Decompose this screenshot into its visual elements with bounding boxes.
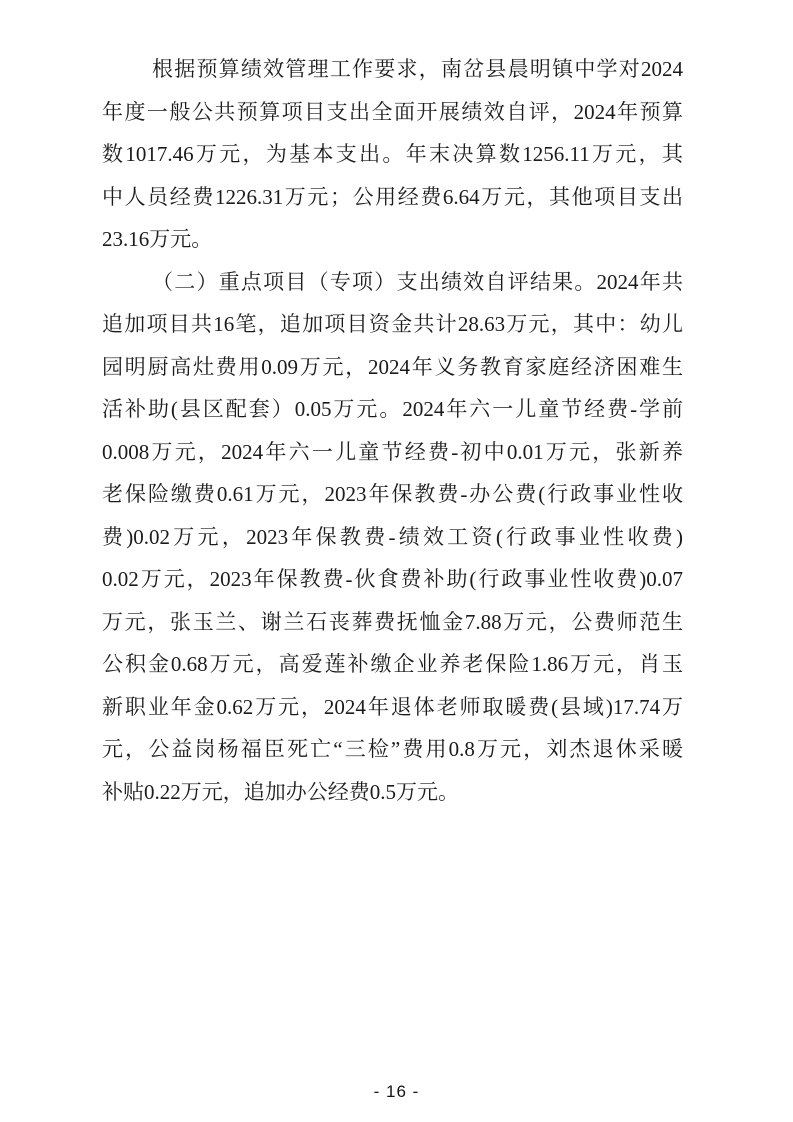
text-line: 万元，张玉兰、谢兰石丧葬费抚恤金7.88万元，公费师范生 xyxy=(102,601,683,644)
text-line: 新职业年金0.62万元，2024年退体老师取暖费(县域)17.74万 xyxy=(102,686,683,729)
text-line: 元，公益岗杨福臣死亡“三检”费用0.8万元，刘杰退休采暖 xyxy=(102,728,683,771)
text-line: 根据预算绩效管理工作要求，南岔县晨明镇中学对2024 xyxy=(102,48,683,91)
text-line: 0.008万元，2024年六一儿童节经费-初中0.01万元，张新养 xyxy=(102,431,683,474)
text-line: 园明厨高灶费用0.09万元，2024年义务教育家庭经济困难生 xyxy=(102,346,683,389)
text-line: 数1017.46万元，为基本支出。年末决算数1256.11万元，其 xyxy=(102,133,683,176)
text-line: 费)0.02万元，2023年保教费-绩效工资(行政事业性收费) xyxy=(102,516,683,559)
text-line: 追加项目共16笔，追加项目资金共计28.63万元，其中：幼儿 xyxy=(102,303,683,346)
body-text: 根据预算绩效管理工作要求，南岔县晨明镇中学对2024 年度一般公共预算项目支出全… xyxy=(102,48,683,813)
document-page: 根据预算绩效管理工作要求，南岔县晨明镇中学对2024 年度一般公共预算项目支出全… xyxy=(0,0,793,1122)
text-line: 老保险缴费0.61万元，2023年保教费-办公费(行政事业性收 xyxy=(102,473,683,516)
text-line: （二）重点项目（专项）支出绩效自评结果。2024年共 xyxy=(102,261,683,304)
text-line: 公积金0.68万元，高爱莲补缴企业养老保险1.86万元，肖玉 xyxy=(102,643,683,686)
text-line: 中人员经费1226.31万元；公用经费6.64万元，其他项目支出 xyxy=(102,176,683,219)
text-line: 0.02万元，2023年保教费-伙食费补助(行政事业性收费)0.07 xyxy=(102,558,683,601)
text-line: 年度一般公共预算项目支出全面开展绩效自评，2024年预算 xyxy=(102,91,683,134)
text-line: 23.16万元。 xyxy=(102,218,683,261)
text-line: 活补助(县区配套）0.05万元。2024年六一儿童节经费-学前 xyxy=(102,388,683,431)
text-line: 补贴0.22万元，追加办公经费0.5万元。 xyxy=(102,771,683,814)
page-number: - 16 - xyxy=(0,1082,793,1102)
